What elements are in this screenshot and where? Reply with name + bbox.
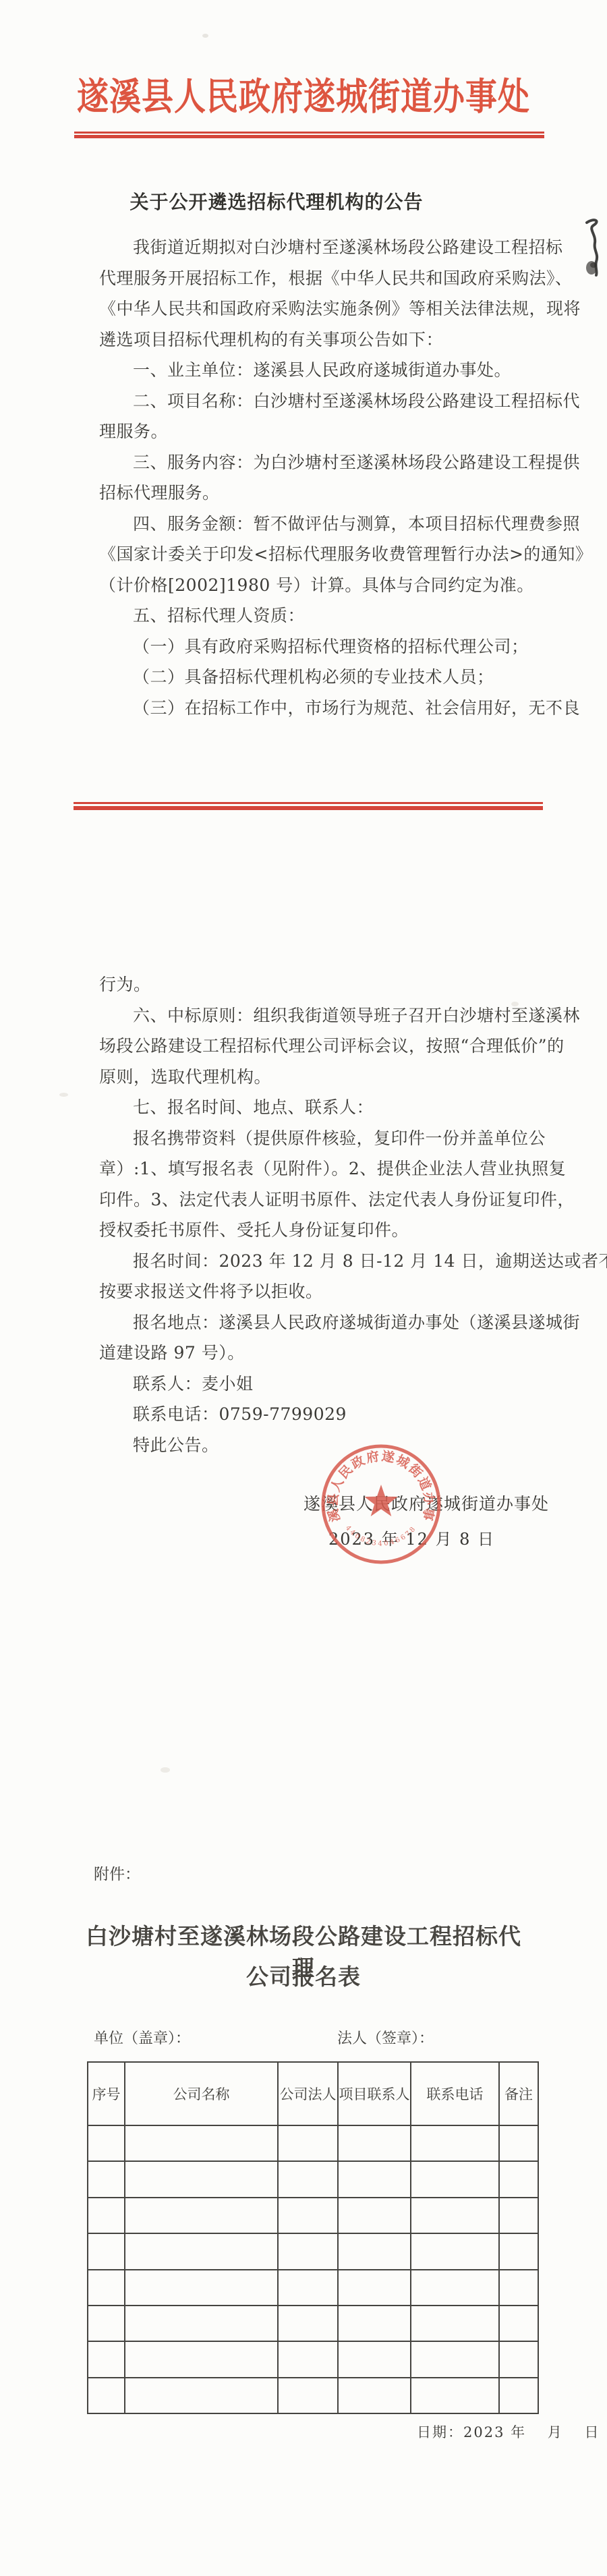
table-cell (339, 2342, 411, 2378)
body-line: 道建设路 97 号）。 (99, 1342, 245, 1365)
table-cell (125, 2270, 279, 2306)
table-cell (279, 2198, 339, 2234)
table-header-cell: 公司名称 (125, 2063, 279, 2126)
table-cell (411, 2234, 500, 2270)
doc-title: 关于公开遴选招标代理机构的公告 (81, 188, 472, 214)
table-cell (411, 2378, 500, 2414)
table-cell (125, 2342, 279, 2378)
table-header-cell: 项目联系人 (339, 2063, 411, 2126)
body-line: （二）具备招标代理机构必须的专业技术人员； (133, 666, 494, 689)
table-cell (88, 2342, 125, 2378)
body-line: 章）:1、填写报名表（见附件）。2、提供企业法人营业执照复 (99, 1157, 566, 1180)
table-cell (88, 2126, 125, 2162)
page-rule-thick (74, 806, 543, 810)
body-line: 二、项目名称：白沙塘村至遂溪林场段公路建设工程招标代 (133, 390, 580, 413)
table-cell (411, 2162, 500, 2198)
table-cell (500, 2234, 539, 2270)
table-header-cell: 序号 (88, 2063, 125, 2126)
table-cell (339, 2162, 411, 2198)
table-header-cell: 联系电话 (411, 2063, 500, 2126)
table-footer-date: 日期：2023 年 月 日 (417, 2422, 600, 2442)
table-cell (500, 2306, 539, 2342)
table-cell (279, 2234, 339, 2270)
signup-table: 序号公司名称公司法人项目联系人联系电话备注 (87, 2061, 539, 2414)
body-line: （计价格[2002]1980 号）计算。具体与合同约定为准。 (99, 574, 534, 597)
table-cell (339, 2234, 411, 2270)
table-cell (411, 2126, 500, 2162)
table-cell (339, 2126, 411, 2162)
body-line: 我街道近期拟对白沙塘村至遂溪林场段公路建设工程招标 (133, 236, 563, 259)
table-cell (88, 2270, 125, 2306)
body-line: 《国家计委关于印发<招标代理服务收费管理暂行办法>的通知》 (99, 543, 592, 566)
table-cell (339, 2378, 411, 2414)
table-cell (500, 2162, 539, 2198)
body-line: 四、服务金额：暂不做评估与测算，本项目招标代理费参照 (133, 513, 580, 536)
body-line: 联系电话：0759-7799029 (133, 1403, 347, 1426)
body-line: 《中华人民共和国政府采购法实施条例》等相关法律法规，现将 (99, 297, 581, 320)
table-cell (125, 2162, 279, 2198)
body-line: 报名携带资料（提供原件核验，复印件一份并盖单位公 (133, 1127, 546, 1150)
table-cell (411, 2270, 500, 2306)
table-cell (279, 2270, 339, 2306)
scan-smudge (202, 34, 208, 38)
seal-star-icon (364, 1485, 397, 1516)
official-seal: 遂溪县人民政府遂城街道办事处 4408234046678 (317, 1440, 445, 1571)
table-header-cell: 公司法人 (279, 2063, 339, 2126)
table-cell (339, 2270, 411, 2306)
body-line: 特此公告。 (133, 1434, 219, 1457)
table-cell (88, 2378, 125, 2414)
body-line: 代理服务开展招标工作，根据《中华人民共和国政府采购法》、 (99, 267, 573, 290)
body-line: 一、业主单位：遂溪县人民政府遂城街道办事处。 (133, 359, 511, 382)
table-cell (88, 2162, 125, 2198)
body-line: 授权委托书原件、受托人身份证复印件。 (99, 1219, 409, 1242)
seal-code: 4408234046678 (344, 1524, 418, 1547)
table-cell (500, 2378, 539, 2414)
table-cell (339, 2198, 411, 2234)
table-cell (279, 2342, 339, 2378)
body-line: 报名地点：遂溪县人民政府遂城街道办事处（遂溪县遂城街 (133, 1311, 580, 1334)
scan-smudge (511, 1002, 519, 1006)
table-cell (125, 2126, 279, 2162)
table-cell (88, 2198, 125, 2234)
table-cell (500, 2270, 539, 2306)
body-line: 行为。 (99, 973, 151, 996)
body-line: （一）具有政府采购招标代理资格的招标代理公司； (133, 635, 529, 658)
table-cell (125, 2378, 279, 2414)
letterhead-title: 遂溪县人民政府遂城街道办事处 (74, 67, 533, 121)
scan-smudge (59, 1093, 68, 1097)
table-cell (411, 2198, 500, 2234)
body-line: 印件。3、法定代表人证明书原件、法定代表人身份证复印件， (99, 1189, 575, 1211)
table-cell (411, 2306, 500, 2342)
table-cell (88, 2234, 125, 2270)
table-cell (125, 2306, 279, 2342)
body-line: 招标代理服务。 (99, 482, 220, 505)
letterhead-rule-thick (74, 135, 544, 138)
table-cell (125, 2234, 279, 2270)
body-line: （三）在招标工作中，市场行为规范、社会信用好，无不良 (133, 697, 580, 720)
table-cell (279, 2378, 339, 2414)
body-line: 五、招标代理人资质： (133, 604, 305, 627)
attachment-label: 附件： (94, 1862, 140, 1884)
table-header-cell: 备注 (500, 2063, 539, 2126)
table-cell (411, 2342, 500, 2378)
body-line: 按要求报送文件将予以拒收。 (99, 1280, 323, 1303)
table-cell (88, 2306, 125, 2342)
unit-seal-label: 单位（盖章）： (94, 2027, 190, 2048)
body-line: 场段公路建设工程招标代理公司评标会议，按照“合理低价”的 (99, 1035, 565, 1058)
body-line: 报名时间：2023 年 12 月 8 日-12 月 14 日，逾期送达或者不 (133, 1250, 607, 1273)
body-line: 六、中标原则：组织我街道领导班子召开白沙塘村至遂溪林 (133, 1004, 580, 1027)
body-line: 理服务。 (99, 420, 168, 443)
legal-sign-label: 法人（签章）： (337, 2027, 434, 2048)
attachment-title-line2: 公司报名表 (76, 1959, 531, 1991)
table-cell (279, 2162, 339, 2198)
table-cell (279, 2306, 339, 2342)
body-line: 联系人：麦小姐 (133, 1373, 254, 1396)
letterhead-rule-thin (74, 132, 544, 134)
table-cell (500, 2198, 539, 2234)
body-line: 遴选项目招标代理机构的有关事项公告如下： (99, 328, 443, 351)
scanned-document-page: 遂溪县人民政府遂城街道办事处 关于公开遴选招标代理机构的公告 我街道近期拟对白沙… (0, 0, 607, 2576)
table-cell (279, 2126, 339, 2162)
table-cell (125, 2198, 279, 2234)
scan-artifact-blob (584, 259, 600, 277)
body-line: 七、报名时间、地点、联系人： (133, 1096, 374, 1119)
scan-smudge (161, 1767, 170, 1773)
page-rule-thin (74, 802, 543, 804)
body-line: 原则，选取代理机构。 (99, 1066, 271, 1089)
table-cell (500, 2126, 539, 2162)
body-line: 三、服务内容：为白沙塘村至遂溪林场段公路建设工程提供 (133, 451, 580, 474)
table-cell (339, 2306, 411, 2342)
table-cell (500, 2342, 539, 2378)
